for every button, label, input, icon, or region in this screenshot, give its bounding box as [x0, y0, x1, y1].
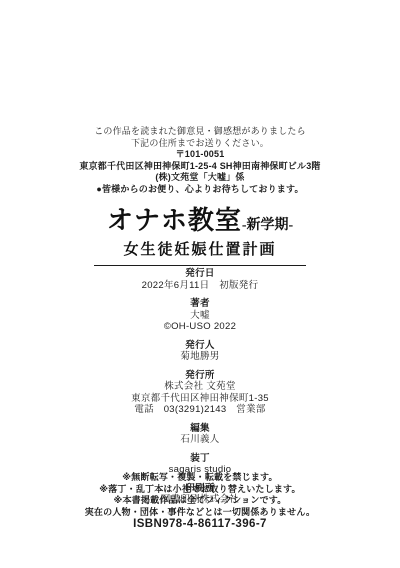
- entry-label: 編集: [0, 423, 400, 435]
- colophon-entry-author: 著者 大嘘 ©OH-USO 2022: [0, 298, 400, 333]
- colophon-entry-publisher-company: 発行所 株式会社 文苑堂 東京都千代田区神田神保町1-35 電話 03(3291…: [0, 370, 400, 416]
- entry-value: 大嘘: [0, 310, 400, 322]
- note-fiction-disclaimer-2: 実在の人物・団体・事件などとは一切関係ありません。: [0, 507, 400, 519]
- colophon-page: この作品を読まれた御意見・御感想がありましたら 下記の住所までお送りください。 …: [0, 0, 400, 568]
- book-title-block: オナホ教室-新学期- 女生徒妊娠仕置計画: [0, 207, 400, 266]
- entry-value: 石川義人: [0, 434, 400, 446]
- copyright-line: ©OH-USO 2022: [0, 321, 400, 333]
- note-defective-copies: ※落丁・乱丁本は小社でお取り替えいたします。: [0, 484, 400, 496]
- colophon-entry-publisher-person: 発行人 菊地勝男: [0, 340, 400, 363]
- colophon-entry-editor: 編集 石川義人: [0, 423, 400, 446]
- book-title-suffix: -新学期-: [242, 218, 293, 233]
- legal-notes-block: ※無断転写・複製・転載を禁じます。 ※落丁・乱丁本は小社でお取り替えいたします。…: [0, 472, 400, 518]
- book-title: オナホ教室-新学期-: [0, 207, 400, 240]
- reader-feedback-block: この作品を読まれた御意見・御感想がありましたら 下記の住所までお送りください。 …: [0, 126, 400, 195]
- entry-label: 著者: [0, 298, 400, 310]
- note-no-reproduction: ※無断転写・複製・転載を禁じます。: [0, 472, 400, 484]
- entry-value: 株式会社 文苑堂: [0, 381, 400, 393]
- postal-code: 〒101-0051: [0, 149, 400, 161]
- book-subtitle: 女生徒妊娠仕置計画: [0, 241, 400, 259]
- feedback-line-2: 下記の住所までお送りください。: [0, 138, 400, 150]
- entry-label: 発行日: [0, 268, 400, 280]
- feedback-line-1: この作品を読まれた御意見・御感想がありましたら: [0, 126, 400, 138]
- entry-value: 2022年6月11日 初版発行: [0, 280, 400, 292]
- entry-value: 菊地勝男: [0, 351, 400, 363]
- colophon-entry-publication-date: 発行日 2022年6月11日 初版発行: [0, 268, 400, 291]
- note-fiction-disclaimer: ※本書掲載作品は全てフィクションです。: [0, 495, 400, 507]
- isbn-number: ISBN978-4-86117-396-7: [0, 518, 400, 530]
- book-title-main: オナホ教室: [107, 206, 242, 235]
- publisher-phone: 電話 03(3291)2143 営業部: [0, 404, 400, 416]
- feedback-address: 東京都千代田区神田神保町1-25-4 SH神田南神保町ビル3階: [0, 161, 400, 173]
- entry-label: 発行人: [0, 340, 400, 352]
- entry-label: 装丁: [0, 453, 400, 465]
- feedback-closing: ●皆様からのお便り、心よりお待ちしております。: [0, 184, 400, 196]
- publisher-address: 東京都千代田区神田神保町1-35: [0, 393, 400, 405]
- title-divider: [94, 265, 306, 266]
- feedback-recipient: (株)文苑堂「大嘘」係: [0, 172, 400, 184]
- entry-label: 発行所: [0, 370, 400, 382]
